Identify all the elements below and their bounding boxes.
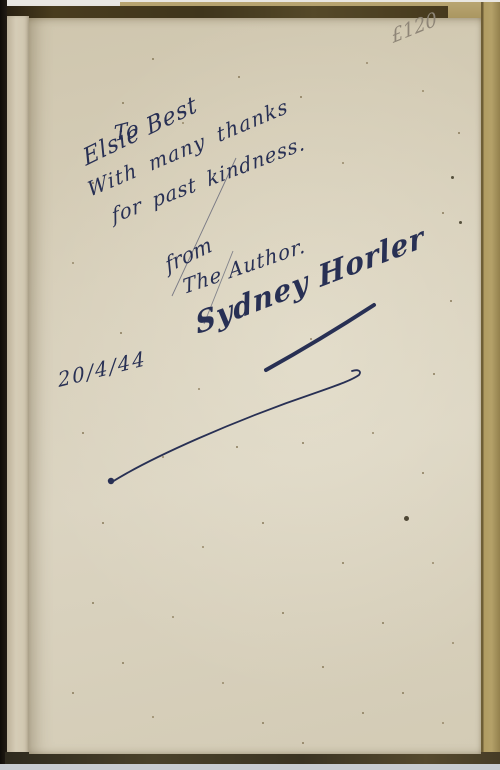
book-spine [0,0,7,766]
dark-foxing-spots [0,0,3,3]
facing-page-gutter [7,16,29,754]
background-strip-bottom [0,764,500,770]
book-flyleaf-photo: £120 To Elsie Best With many thanks for … [0,0,500,770]
book-board-right-edge [481,2,500,758]
